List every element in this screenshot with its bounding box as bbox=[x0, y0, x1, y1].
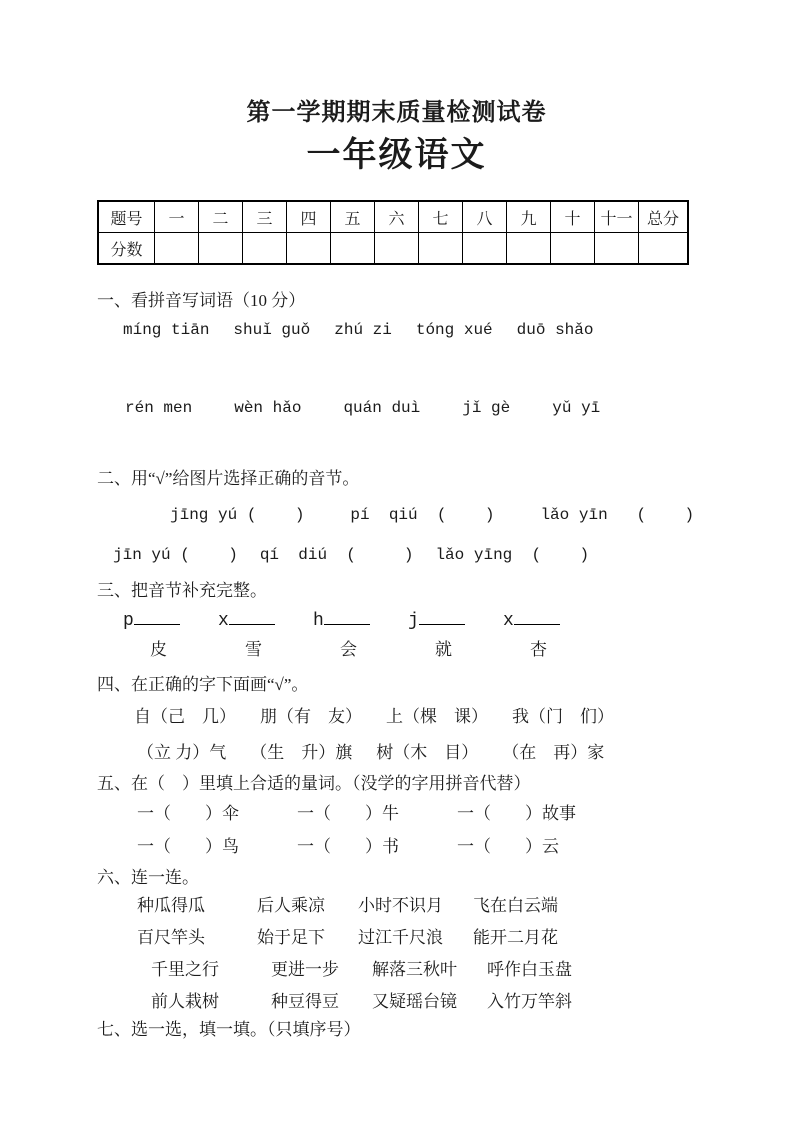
score-table-header-cell: 九 bbox=[507, 201, 551, 233]
section-two: 二、用“√”给图片选择正确的音节。 jīng yú ( ) pí qiú ( )… bbox=[97, 469, 733, 564]
syllable-option: jīng yú ( ) bbox=[170, 506, 304, 524]
answer-blank bbox=[419, 609, 465, 625]
answer-blank bbox=[229, 609, 275, 625]
character-choice-item: 朋（有 友） bbox=[260, 707, 362, 726]
syllable-unit: h 会 bbox=[313, 609, 408, 659]
score-table-header-cell: 十一 bbox=[595, 201, 639, 233]
syllable-initial: x bbox=[503, 611, 514, 631]
matching-item: 始于足下 bbox=[257, 928, 358, 947]
character-choice-item: 树（木 目） bbox=[376, 743, 478, 762]
matching-item: 过江千尺浪 bbox=[358, 928, 473, 947]
target-character: 就 bbox=[408, 640, 503, 659]
syllable-option: pí qiú ( ) bbox=[350, 506, 494, 524]
section-three-heading: 三、把音节补充完整。 bbox=[97, 581, 733, 601]
exam-subject-title: 一年级语文 bbox=[0, 136, 793, 174]
pinyin-word: shuǐ guǒ bbox=[233, 321, 310, 339]
score-cell-empty bbox=[375, 233, 419, 265]
syllable-choice-row-1: jīng yú ( ) pí qiú ( ) lǎo yīn ( ) bbox=[97, 506, 733, 524]
matching-item: 能开二月花 bbox=[473, 928, 733, 947]
pinyin-row-2: rén men wèn hǎo quán duì jǐ gè yǔ yī bbox=[97, 399, 733, 417]
pinyin-word: duō shǎo bbox=[517, 321, 594, 339]
score-table-header-cell: 二 bbox=[199, 201, 243, 233]
score-cell-empty bbox=[155, 233, 199, 265]
section-seven-heading: 七、选一选，填一填。（只填序号） bbox=[97, 1020, 733, 1040]
measure-word-item: 一（ ）云 bbox=[457, 837, 559, 856]
section-one-heading: 一、看拼音写词语（10 分） bbox=[97, 291, 733, 311]
character-choice-item: 自（己 几） bbox=[134, 707, 236, 726]
answer-blank bbox=[134, 609, 180, 625]
section-six: 六、连一连。 种瓜得瓜 后人乘凉 小时不识月 飞在白云端 百尺竿头 始于足下 过… bbox=[97, 868, 733, 1011]
syllable-option: qí diú ( ) bbox=[260, 546, 414, 564]
matching-row: 种瓜得瓜 后人乘凉 小时不识月 飞在白云端 bbox=[97, 896, 733, 915]
syllable-option: lǎo yīng ( ) bbox=[435, 546, 589, 564]
section-two-heading: 二、用“√”给图片选择正确的音节。 bbox=[97, 469, 733, 489]
score-row-label: 分数 bbox=[98, 233, 155, 265]
matching-item: 又疑瑶台镜 bbox=[372, 992, 487, 1011]
score-cell-empty bbox=[243, 233, 287, 265]
character-choice-item: （立 力）气 bbox=[137, 743, 226, 762]
measure-word-item: 一（ ）故事 bbox=[457, 804, 576, 823]
score-cell-empty bbox=[331, 233, 375, 265]
score-table-header-row: 题号 一 二 三 四 五 六 七 八 九 十 十一 总分 bbox=[98, 201, 688, 233]
matching-row: 百尺竿头 始于足下 过江千尺浪 能开二月花 bbox=[97, 928, 733, 947]
answer-blank bbox=[324, 609, 370, 625]
answer-blank bbox=[514, 609, 560, 625]
score-table-header-cell: 八 bbox=[463, 201, 507, 233]
matching-row: 千里之行 更进一步 解落三秋叶 呼作白玉盘 bbox=[97, 960, 733, 979]
target-character: 雪 bbox=[218, 640, 313, 659]
target-character: 皮 bbox=[123, 640, 218, 659]
syllable-unit: x 雪 bbox=[218, 609, 313, 659]
syllable-initial: j bbox=[408, 611, 419, 631]
pinyin-word: wèn hǎo bbox=[234, 399, 301, 417]
syllable-option: lǎo yīn ( ) bbox=[540, 506, 694, 524]
pinyin-row-1: míng tiān shuǐ guǒ zhú zi tóng xué duō s… bbox=[97, 321, 733, 339]
pinyin-word: yǔ yī bbox=[552, 399, 600, 417]
matching-item: 百尺竿头 bbox=[137, 928, 257, 947]
measure-word-item: 一（ ）鸟 bbox=[137, 837, 239, 856]
score-table-header-cell: 总分 bbox=[639, 201, 689, 233]
section-one: 一、看拼音写词语（10 分） míng tiān shuǐ guǒ zhú zi… bbox=[97, 291, 733, 417]
score-table-header-cell: 十 bbox=[551, 201, 595, 233]
score-table-header-cell: 一 bbox=[155, 201, 199, 233]
score-cell-empty bbox=[419, 233, 463, 265]
section-five-heading: 五、在（ ）里填上合适的量词。（没学的字用拼音代替） bbox=[97, 774, 733, 794]
matching-item: 解落三秋叶 bbox=[372, 960, 487, 979]
matching-item: 种瓜得瓜 bbox=[137, 896, 257, 915]
syllable-unit: p 皮 bbox=[123, 609, 218, 659]
syllable-choice-row-2: jīn yú ( ) qí diú ( ) lǎo yīng ( ) bbox=[97, 546, 733, 564]
measure-word-item: 一（ ）伞 bbox=[137, 804, 239, 823]
score-table-header-cell: 四 bbox=[287, 201, 331, 233]
score-cell-empty bbox=[287, 233, 331, 265]
pinyin-word: tóng xué bbox=[416, 321, 493, 339]
score-cell-empty bbox=[639, 233, 689, 265]
matching-item: 种豆得豆 bbox=[271, 992, 372, 1011]
matching-item: 小时不识月 bbox=[358, 896, 473, 915]
syllable-unit: j 就 bbox=[408, 609, 503, 659]
section-three: 三、把音节补充完整。 p 皮 x 雪 h 会 j 就 x 杏 bbox=[97, 581, 733, 659]
score-table-header-cell: 六 bbox=[375, 201, 419, 233]
syllable-option: jīn yú ( ) bbox=[113, 546, 238, 564]
section-four-heading: 四、在正确的字下面画“√”。 bbox=[97, 675, 733, 695]
measure-word-row-1: 一（ ）伞 一（ ）牛 一（ ）故事 bbox=[97, 804, 733, 823]
pinyin-word: jǐ gè bbox=[462, 399, 510, 417]
section-seven: 七、选一选，填一填。（只填序号） bbox=[97, 1020, 733, 1040]
score-cell-empty bbox=[463, 233, 507, 265]
matching-item: 入竹万竿斜 bbox=[487, 992, 733, 1011]
syllable-initial: p bbox=[123, 611, 134, 631]
score-table-header-cell: 七 bbox=[419, 201, 463, 233]
score-table-header-cell: 五 bbox=[331, 201, 375, 233]
measure-word-item: 一（ ）牛 bbox=[297, 804, 399, 823]
target-character: 会 bbox=[313, 640, 408, 659]
score-table-header-cell: 三 bbox=[243, 201, 287, 233]
character-choice-item: 我（门 们） bbox=[512, 707, 614, 726]
syllable-initial: x bbox=[218, 611, 229, 631]
matching-item: 更进一步 bbox=[271, 960, 372, 979]
measure-word-item: 一（ ）书 bbox=[297, 837, 399, 856]
matching-item: 千里之行 bbox=[151, 960, 271, 979]
score-table: 题号 一 二 三 四 五 六 七 八 九 十 十一 总分 分数 bbox=[97, 200, 689, 265]
measure-word-row-2: 一（ ）鸟 一（ ）书 一（ ）云 bbox=[97, 837, 733, 856]
character-choice-item: （在 再）家 bbox=[502, 743, 604, 762]
pinyin-word: rén men bbox=[125, 399, 192, 417]
score-cell-empty bbox=[551, 233, 595, 265]
character-choice-item: 上（棵 课） bbox=[386, 707, 488, 726]
section-six-heading: 六、连一连。 bbox=[97, 868, 733, 888]
score-cell-empty bbox=[507, 233, 551, 265]
pinyin-word: zhú zi bbox=[334, 321, 392, 339]
target-character: 杏 bbox=[503, 640, 598, 659]
exam-title: 第一学期期末质量检测试卷 bbox=[0, 98, 793, 128]
matching-item: 呼作白玉盘 bbox=[487, 960, 733, 979]
syllable-unit: x 杏 bbox=[503, 609, 598, 659]
score-cell-empty bbox=[199, 233, 243, 265]
character-choice-row-1: 自（己 几） 朋（有 友） 上（棵 课） 我（门 们） bbox=[97, 707, 733, 726]
section-five: 五、在（ ）里填上合适的量词。（没学的字用拼音代替） 一（ ）伞 一（ ）牛 一… bbox=[97, 774, 733, 856]
exam-page: 第一学期期末质量检测试卷 一年级语文 题号 一 二 三 四 五 六 七 八 九 … bbox=[0, 0, 793, 1122]
matching-item: 前人栽树 bbox=[151, 992, 271, 1011]
pinyin-word: míng tiān bbox=[123, 321, 209, 339]
score-table-header-cell: 题号 bbox=[98, 201, 155, 233]
syllable-completion-row: p 皮 x 雪 h 会 j 就 x 杏 bbox=[97, 609, 733, 659]
matching-item: 飞在白云端 bbox=[473, 896, 733, 915]
score-table-score-row: 分数 bbox=[98, 233, 688, 265]
matching-item: 后人乘凉 bbox=[257, 896, 358, 915]
matching-row: 前人栽树 种豆得豆 又疑瑶台镜 入竹万竿斜 bbox=[97, 992, 733, 1011]
character-choice-item: （生 升）旗 bbox=[250, 743, 352, 762]
score-cell-empty bbox=[595, 233, 639, 265]
syllable-initial: h bbox=[313, 611, 324, 631]
pinyin-word: quán duì bbox=[343, 399, 420, 417]
character-choice-row-2: （立 力）气 （生 升）旗 树（木 目） （在 再）家 bbox=[97, 743, 733, 762]
section-four: 四、在正确的字下面画“√”。 自（己 几） 朋（有 友） 上（棵 课） 我（门 … bbox=[97, 675, 733, 762]
